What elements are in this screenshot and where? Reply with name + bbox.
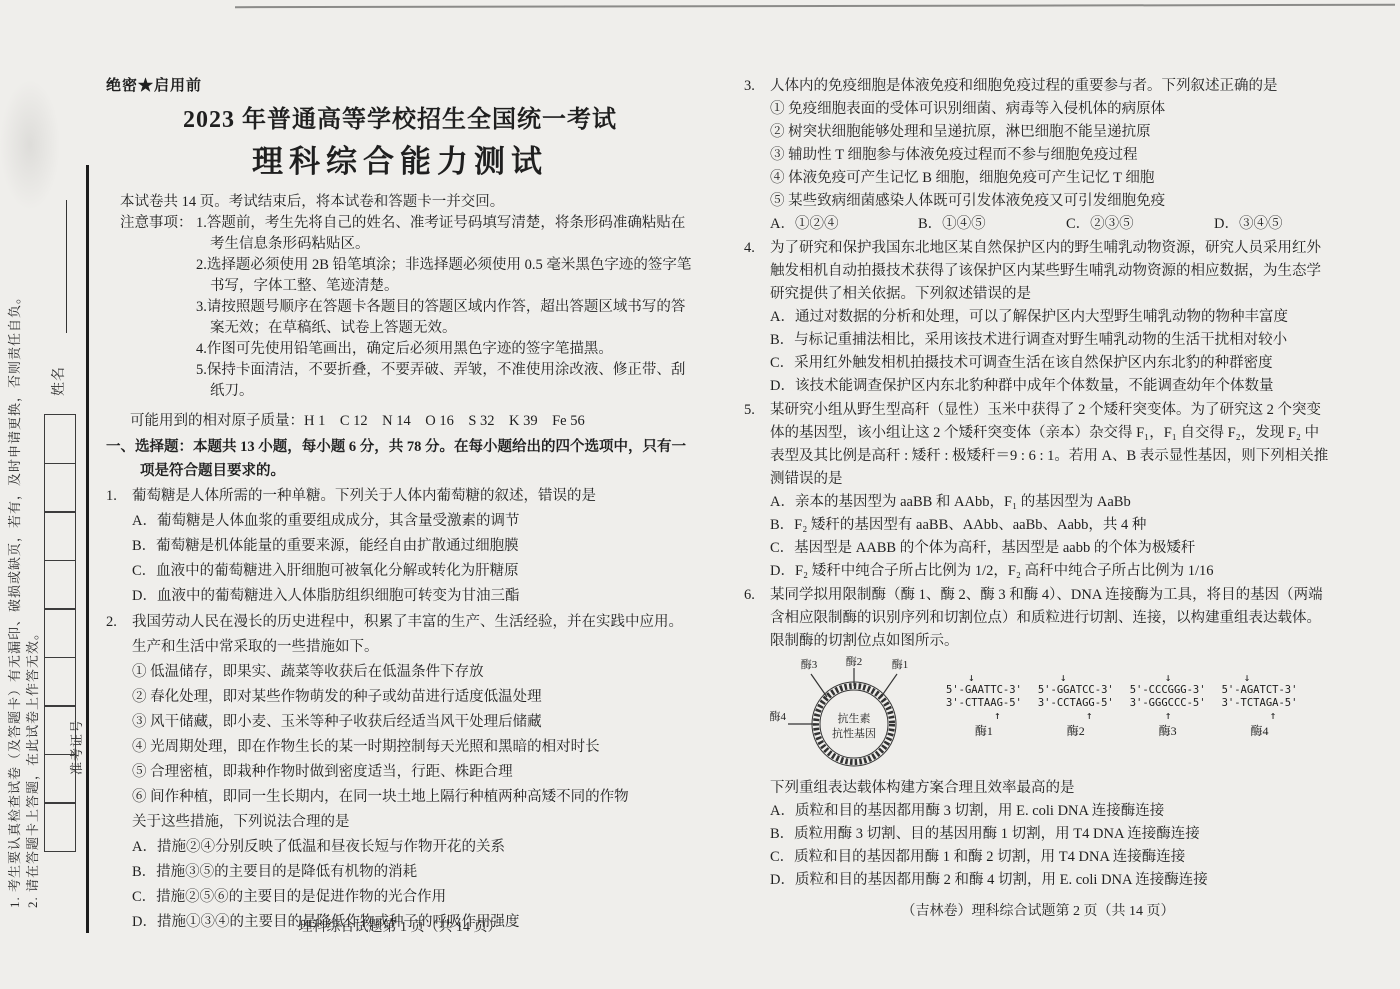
enzyme-label: 酶4 — [1222, 725, 1298, 738]
exam-intro: 本试卷共 14 页。考试结束后，将本试卷和答题卡一并交回。 — [120, 191, 694, 213]
dna-bottom-strand: 3'-CTTAAG-5' — [946, 697, 1022, 710]
question-option: A．亲本的基因型为 aaBB 和 AAbb，F₁ 的基因型为 AaBb — [744, 491, 1332, 514]
plasmid-enzyme4-label: 酶4 — [770, 709, 787, 723]
name-blank-line — [66, 200, 67, 333]
dna-bottom-strand: 3'-TCTAGA-5' — [1222, 697, 1298, 710]
question-option: A．①②④ — [770, 213, 918, 236]
cut-arrow-down-icon: ↓ — [1222, 672, 1298, 684]
section-header: 一、选择题：本题共 13 小题，每小题 6 分，共 78 分。在每小题给出的四个… — [106, 435, 694, 483]
cut-arrow-up-icon: ↑ — [1038, 710, 1114, 722]
enzyme-label: 酶3 — [1130, 725, 1206, 738]
seal-note-2: 2. 请在答题卡上答题，在此试卷上作答无效。 — [22, 626, 41, 908]
leader-enzyme1 — [881, 674, 897, 697]
question-number: 5. — [744, 399, 770, 422]
question-stem: 3.人体内的免疫细胞是体液免疫和细胞免疫过程的重要参与者。下列叙述正确的是 — [744, 75, 1332, 98]
page2: 3.人体内的免疫细胞是体液免疫和细胞免疫过程的重要参与者。下列叙述正确的是 ① … — [744, 74, 1332, 892]
question-stem2: 关于这些措施，下列说法合理的是 — [106, 810, 694, 835]
question-option: B．与标记重捕法相比，采用该技术进行调查对野生哺乳动物的生活干扰相对较小 — [744, 329, 1332, 352]
question-option: A．质粒和目的基因都用酶 3 切割，用 E. coli DNA 连接酶连接 — [744, 800, 1332, 823]
question-item: ① 低温储存，即果实、蔬菜等收获后在低温条件下存放 — [106, 660, 694, 685]
plasmid-enzyme3-label: 酶3 — [801, 657, 818, 671]
question-option: B．F₂ 矮秆的基因型有 aaBB、AAbb、aaBb、Aabb，共 4 种 — [744, 514, 1332, 537]
notice-block: 注意事项： 1.答题前，考生先将自己的姓名、准考证号码填写清楚，将条形码准确粘贴… — [106, 213, 694, 402]
question-option: A．葡萄糖是人体血浆的重要组成成分，其含量受激素的调节 — [106, 509, 694, 534]
scanned-exam-paper: 1. 考生要认真检查试卷（及答题卡）有无漏印、破损或缺页，若有，及时申请更换，否… — [0, 0, 1400, 989]
question-item: ① 免疫细胞表面的受体可识别细菌、病毒等入侵机体的病原体 — [744, 98, 1332, 121]
question-number: 1. — [106, 484, 132, 509]
question-item: ② 春化处理，即对某些作物萌发的种子或幼苗进行适度低温处理 — [106, 685, 694, 710]
page2-footer: （吉林卷）理科综合试题第 2 页（共 14 页） — [744, 900, 1332, 920]
cut-arrow-down-icon: ↓ — [1038, 672, 1114, 684]
question-option: D．质粒和目的基因都用酶 2 和酶 4 切割，用 E. coli DNA 连接酶… — [744, 869, 1332, 892]
question-number: 6. — [744, 584, 770, 607]
question-stem-text: 人体内的免疫细胞是体液免疫和细胞免疫过程的重要参与者。下列叙述正确的是 — [770, 78, 1278, 94]
question-option: B．措施③⑤的主要目的是降低有机物的消耗 — [106, 860, 694, 885]
admission-digit-box — [44, 657, 76, 707]
enzyme1-recognition-site: ↓ 5'-GAATTC-3' 3'-CTTAAG-5' ↑ 酶1 — [946, 672, 1022, 774]
question-item: ③ 风干储藏，即小麦、玉米等种子收获后经适当风干处理后储藏 — [106, 710, 694, 735]
dna-top-strand: 5'-AGATCT-3' — [1222, 684, 1298, 697]
notice-item: 3.请按照题号顺序在答题卡各题目的答题区域内作答，超出答题区域书写的答案无效；在… — [196, 297, 694, 339]
inline-option-row: A．①②④ B．①④⑤ C．②③⑤ D．③④⑤ — [744, 213, 1332, 236]
question-stem2: 下列重组表达载体构建方案合理且效率最高的是 — [744, 777, 1332, 800]
page1-footer: 理科综合试题第 1 页（共 14 页） — [106, 916, 694, 936]
plasmid-gene-label-line2: 抗性基因 — [832, 726, 876, 740]
question-item: ⑤ 某些致病细菌感染人体既可引发体液免疫又可引发细胞免疫 — [744, 190, 1332, 213]
question-5: 5.某研究小组从野生型高秆（显性）玉米中获得了 2 个矮秆突变体。为了研究这 2… — [744, 399, 1332, 583]
scan-edge-line — [235, 4, 1395, 8]
question-stem-text: 为了研究和保护我国东北地区某自然保护区内的野生哺乳动物资源，研究人员采用红外触发… — [770, 240, 1321, 302]
question-option: D．F₂ 矮秆中纯合子所占比例为 1/2，F₂ 高秆中纯合子所占比例为 1/16 — [744, 560, 1332, 583]
admission-digit-box — [44, 560, 76, 610]
plasmid-enzyme2-label: 酶2 — [846, 656, 863, 668]
question-6: 6.某同学拟用限制酶（酶 1、酶 2、酶 3 和酶 4）、DNA 连接酶为工具，… — [744, 584, 1332, 892]
notice-item: 4.作图可先使用铅笔画出，确定后必须用黑色字迹的签字笔描黑。 — [196, 339, 694, 360]
question-number: 2. — [106, 610, 132, 635]
dna-bottom-strand: 3'-CCTAGG-5' — [1038, 697, 1114, 710]
question-stem-text: 葡萄糖是人体所需的一种单糖。下列关于人体内葡萄糖的叙述，错误的是 — [132, 488, 596, 504]
question-option: C．②③⑤ — [1066, 213, 1214, 236]
enzyme-label: 酶2 — [1038, 725, 1114, 738]
exam-title: 2023 年普通高等学校招生全国统一考试 — [106, 99, 694, 134]
admission-digit-box — [44, 802, 76, 852]
question-option: D．③④⑤ — [1214, 213, 1282, 236]
seal-note-1: 1. 考生要认真检查试卷（及答题卡）有无漏印、破损或缺页，若有，及时申请更换，否… — [4, 290, 23, 908]
dna-top-strand: 5'-CCCGGG-3' — [1130, 684, 1206, 697]
page1: 绝密★启用前 2023 年普通高等学校招生全国统一考试 理科综合能力测试 本试卷… — [106, 74, 694, 935]
cut-arrow-up-icon: ↑ — [946, 710, 1022, 722]
plasmid-gene-label-line1: 抗生素 — [838, 711, 871, 725]
admission-digit-box — [44, 463, 76, 513]
question-option: C．基因型是 AABB 的个体为高秆，基因型是 aabb 的个体为极矮秆 — [744, 537, 1332, 560]
dna-top-strand: 5'-GGATCC-3' — [1038, 684, 1114, 697]
plasmid-enzyme1-label: 酶1 — [892, 657, 909, 671]
question-stem-text: 我国劳动人民在漫长的历史进程中，积累了丰富的生产、生活经验，并在实践中应用。生产… — [132, 614, 683, 655]
question-option: A．措施②④分别反映了低温和昼夜长短与作物开花的关系 — [106, 835, 694, 860]
subject-title: 理科综合能力测试 — [106, 136, 694, 181]
admission-number-label: 准考证号 — [66, 719, 85, 775]
question-stem: 6.某同学拟用限制酶（酶 1、酶 2、酶 3 和酶 4）、DNA 连接酶为工具，… — [744, 584, 1332, 653]
question-item: ④ 光周期处理，即在作物生长的某一时期控制每天光照和黑暗的相对时长 — [106, 735, 694, 760]
admission-digit-box — [44, 414, 76, 464]
question-number: 3. — [744, 75, 770, 98]
name-label: 姓名 — [48, 366, 68, 396]
notice-item: 5.保持卡面清洁，不要折叠，不要弄破、弄皱，不准使用涂改液、修正带、刮纸刀。 — [196, 360, 694, 402]
enzyme4-recognition-site: ↓ 5'-AGATCT-3' 3'-TCTAGA-5' ↑ 酶4 — [1222, 672, 1298, 774]
admission-number-boxes — [44, 414, 76, 852]
question-option: C．质粒和目的基因都用酶 1 和酶 2 切割，用 T4 DNA 连接酶连接 — [744, 846, 1332, 869]
question-item: ④ 体液免疫可产生记忆 B 细胞，细胞免疫可产生记忆 T 细胞 — [744, 167, 1332, 190]
question-4: 4.为了研究和保护我国东北地区某自然保护区内的野生哺乳动物资源，研究人员采用红外… — [744, 237, 1332, 398]
security-notice: 绝密★启用前 — [106, 74, 694, 95]
admission-digit-box — [44, 511, 76, 561]
seal-separator-line — [86, 165, 89, 933]
question-item: ⑥ 间作种植，即同一生长期内，在同一块土地上隔行种植两种高矮不同的作物 — [106, 785, 694, 810]
question-option: D．该技术能调查保护区内东北豹种群中成年个体数量，不能调查幼年个体数量 — [744, 375, 1332, 398]
question-option: C．措施②⑤⑥的主要目的是促进作物的光合作用 — [106, 885, 694, 910]
question-option: C．采用红外触发相机拍摄技术可调查生活在该自然保护区内东北豹的种群密度 — [744, 352, 1332, 375]
question-2: 2.我国劳动人民在漫长的历史进程中，积累了丰富的生产、生活经验，并在实践中应用。… — [106, 610, 694, 935]
question-stem-text: 某研究小组从野生型高秆（显性）玉米中获得了 2 个矮秆突变体。为了研究这 2 个… — [770, 402, 1328, 487]
leader-enzyme3 — [811, 674, 827, 697]
cut-arrow-down-icon: ↓ — [1130, 672, 1206, 684]
question-option: B．质粒用酶 3 切割、目的基因用酶 1 切割，用 T4 DNA 连接酶连接 — [744, 823, 1332, 846]
atomic-mass-note: 可能用到的相对原子质量：H 1 C 12 N 14 O 16 S 32 K 39… — [130, 409, 694, 433]
question-option: B．葡萄糖是机体能量的重要来源，能经自由扩散通过细胞膜 — [106, 534, 694, 559]
cut-arrow-up-icon: ↑ — [1222, 710, 1298, 722]
question-1: 1.葡萄糖是人体所需的一种单糖。下列关于人体内葡萄糖的叙述，错误的是 A．葡萄糖… — [106, 484, 694, 609]
notice-label: 注意事项： — [120, 213, 193, 234]
plasmid-diagram: 酶3 酶2 酶1 酶4 抗生素 抗性基因 — [762, 656, 930, 774]
cut-arrow-down-icon: ↓ — [946, 672, 1022, 684]
question-option: D．血液中的葡萄糖进入人体脂肪组织细胞可转变为甘油三酯 — [106, 584, 694, 609]
question-item: ③ 辅助性 T 细胞参与体液免疫过程而不参与细胞免疫过程 — [744, 144, 1332, 167]
question-option: B．①④⑤ — [918, 213, 1066, 236]
restriction-enzyme-diagram: 酶3 酶2 酶1 酶4 抗生素 抗性基因 ↓ 5'-GAATTC-3' 3'-C… — [762, 656, 1332, 774]
enzyme2-recognition-site: ↓ 5'-GGATCC-3' 3'-CCTAGG-5' ↑ 酶2 — [1038, 672, 1114, 774]
enzyme3-recognition-site: ↓ 5'-CCCGGG-3' 3'-GGGCCC-5' ↑ 酶3 — [1130, 672, 1206, 774]
question-3: 3.人体内的免疫细胞是体液免疫和细胞免疫过程的重要参与者。下列叙述正确的是 ① … — [744, 75, 1332, 236]
cut-arrow-up-icon: ↑ — [1130, 710, 1206, 722]
question-stem: 4.为了研究和保护我国东北地区某自然保护区内的野生哺乳动物资源，研究人员采用红外… — [744, 237, 1332, 306]
notice-item: 1.答题前，考生先将自己的姓名、准考证号码填写清楚，将条形码准确粘贴在考生信息条… — [196, 213, 694, 255]
question-option: C．血液中的葡萄糖进入肝细胞可被氧化分解或转化为肝糖原 — [106, 559, 694, 584]
scan-smudge — [0, 80, 60, 210]
notice-item: 2.选择题必须使用 2B 铅笔填涂；非选择题必须使用 0.5 毫米黑色字迹的签字… — [196, 255, 694, 297]
admission-digit-box — [44, 608, 76, 658]
question-stem: 2.我国劳动人民在漫长的历史进程中，积累了丰富的生产、生活经验，并在实践中应用。… — [106, 610, 694, 660]
question-number: 4. — [744, 237, 770, 260]
question-stem: 5.某研究小组从野生型高秆（显性）玉米中获得了 2 个矮秆突变体。为了研究这 2… — [744, 399, 1332, 491]
question-option: A．通过对数据的分析和处理，可以了解保护区内大型野生哺乳动物的物种丰富度 — [744, 306, 1332, 329]
enzyme-label: 酶1 — [946, 725, 1022, 738]
question-item: ⑤ 合理密植，即栽种作物时做到密度适当，行距、株距合理 — [106, 760, 694, 785]
question-stem: 1.葡萄糖是人体所需的一种单糖。下列关于人体内葡萄糖的叙述，错误的是 — [106, 484, 694, 509]
dna-top-strand: 5'-GAATTC-3' — [946, 684, 1022, 697]
question-stem-text: 某同学拟用限制酶（酶 1、酶 2、酶 3 和酶 4）、DNA 连接酶为工具，将目… — [770, 587, 1323, 649]
question-item: ② 树突状细胞能够处理和呈递抗原，淋巴细胞不能呈递抗原 — [744, 121, 1332, 144]
